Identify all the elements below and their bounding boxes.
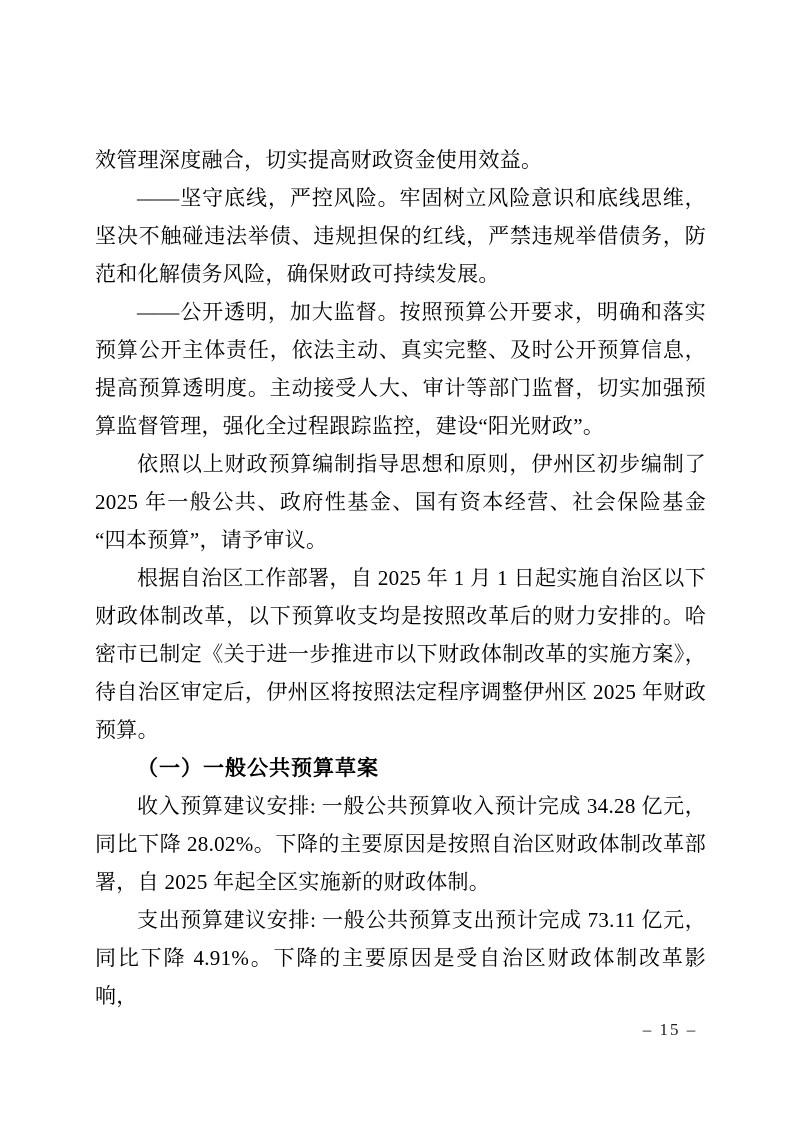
paragraph-principle-open-transparency: ——公开透明，加大监督。按照预算公开要求，明确和落实预算公开主体责任，依法主动、…: [95, 293, 706, 445]
paragraph-principle-guard-bottom-line: ——坚守底线，严控风险。牢固树立风险意识和底线思维，坚决不触碰违法举债、违规担保…: [95, 179, 706, 293]
paragraph-continuation: 效管理深度融合，切实提高财政资金使用效益。: [95, 141, 706, 179]
document-page: 效管理深度融合，切实提高财政资金使用效益。 ——坚守底线，严控风险。牢固树立风险…: [0, 0, 793, 1122]
document-body: 效管理深度融合，切实提高财政资金使用效益。 ——坚守底线，严控风险。牢固树立风险…: [95, 141, 706, 1015]
paragraph-four-budgets-review: 依照以上财政预算编制指导思想和原则，伊州区初步编制了 2025 年一般公共、政府…: [95, 445, 706, 559]
section-heading-general-public-budget-draft: （一）一般公共预算草案: [95, 749, 706, 787]
page-number: – 15 –: [622, 1018, 718, 1042]
paragraph-revenue-budget-proposal: 收入预算建议安排: 一般公共预算收入预计完成 34.28 亿元，同比下降 28.…: [95, 787, 706, 901]
paragraph-fiscal-system-reform: 根据自治区工作部署，自 2025 年 1 月 1 日起实施自治区以下财政体制改革…: [95, 559, 706, 749]
paragraph-expenditure-budget-proposal: 支出预算建议安排: 一般公共预算支出预计完成 73.11 亿元，同比下降 4.9…: [95, 901, 706, 1015]
